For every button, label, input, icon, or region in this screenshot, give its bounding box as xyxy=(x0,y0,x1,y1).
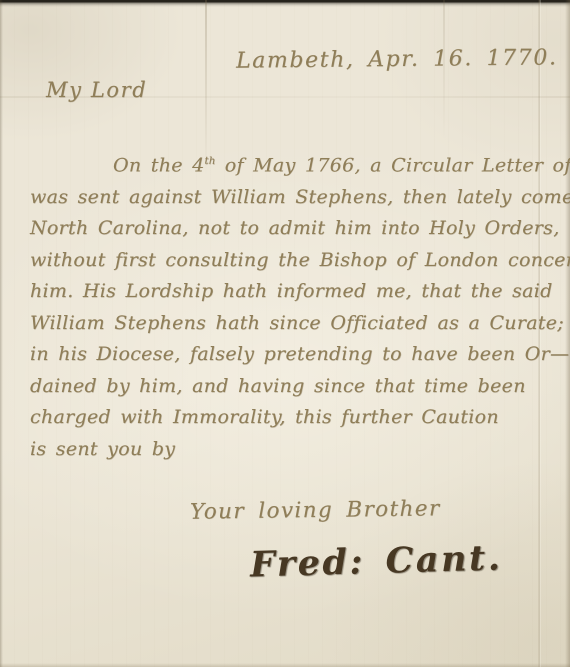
letter-signature: Fred: Cant. xyxy=(249,537,502,585)
paper-top-edge xyxy=(0,0,570,7)
letter-closing: Your loving Brother xyxy=(190,496,441,524)
paper-right-edge xyxy=(565,0,570,667)
letter-body-line: William Stephens hath since Officiated a… xyxy=(30,308,545,340)
body-line1-pre: On the 4 xyxy=(113,154,205,176)
letter-body-line: was sent against William Stephens, then … xyxy=(30,182,545,214)
paper-bottom-edge xyxy=(0,663,570,667)
body-line1-post: of May 1766, a Circular Letter of Cautio… xyxy=(215,154,570,176)
letter-body-line: in his Diocese, falsely pretending to ha… xyxy=(30,339,545,371)
letter-body-line: dained by him, and having since that tim… xyxy=(30,371,545,403)
letter-body-line: is sent you by xyxy=(30,434,545,466)
letter-scan: Lambeth, Apr. 16. 1770. My Lord On the 4… xyxy=(0,0,570,667)
letter-salutation: My Lord xyxy=(46,78,147,102)
superscript-th: th xyxy=(205,155,216,167)
letter-body-line: without first consulting the Bishop of L… xyxy=(30,245,545,277)
letter-body-line: On the 4th of May 1766, a Circular Lette… xyxy=(30,146,545,182)
letter-dateline: Lambeth, Apr. 16. 1770. xyxy=(236,45,558,73)
letter-body-line: North Carolina, not to admit him into Ho… xyxy=(30,213,545,245)
letter-body: On the 4th of May 1766, a Circular Lette… xyxy=(30,146,545,465)
letter-body-line: charged with Immorality, this further Ca… xyxy=(30,402,545,434)
paper-left-edge xyxy=(0,0,3,667)
letter-body-line: him. His Lordship hath informed me, that… xyxy=(30,276,545,308)
